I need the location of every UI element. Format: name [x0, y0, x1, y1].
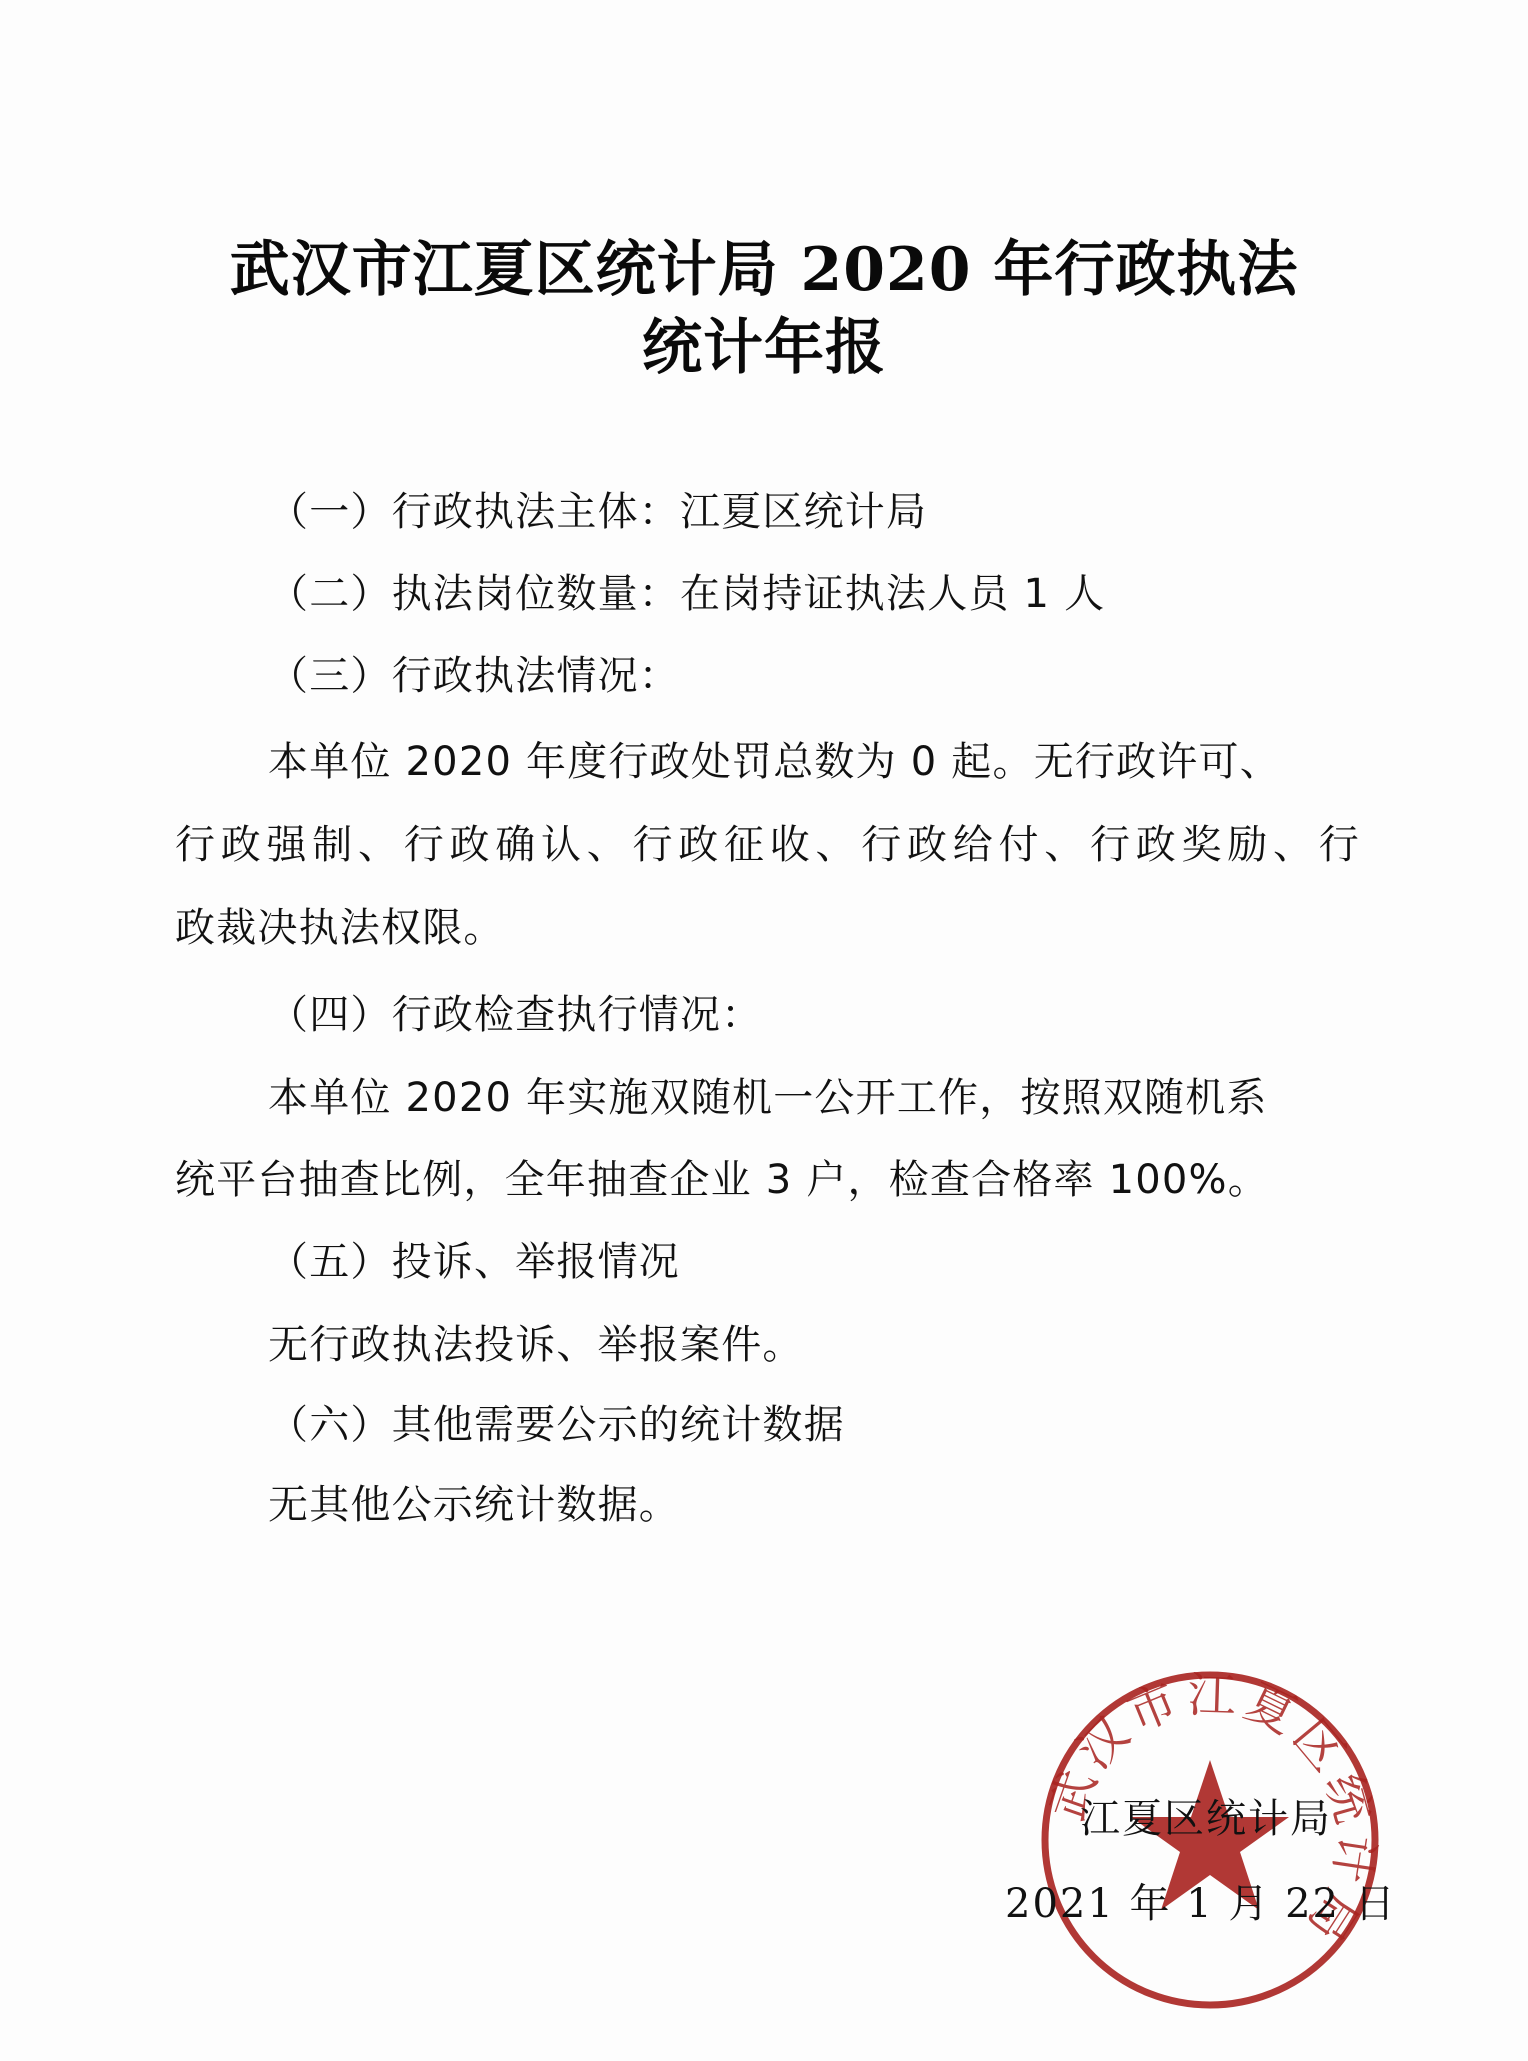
section-3-heading: （三）行政执法情况： — [268, 652, 680, 700]
signature-date: 2021 年 1 月 22 日 — [1005, 1880, 1397, 1928]
signature-organization: 江夏区统计局 — [1080, 1795, 1332, 1843]
section-3-paragraph-line3: 政裁决执法权限。 — [175, 904, 505, 952]
section-4-paragraph-line2: 统平台抽查比例，全年抽查企业 3 户，检查合格率 100%。 — [175, 1156, 1269, 1204]
section-6-heading: （六）其他需要公示的统计数据 — [268, 1401, 845, 1449]
section-4-heading: （四）行政检查执行情况： — [268, 991, 762, 1039]
section-3-paragraph-line2: 行政强制、行政确认、行政征收、行政给付、行政奖励、行 — [175, 821, 1360, 869]
section-3-paragraph-line1: 本单位 2020 年度行政处罚总数为 0 起。无行政许可、 — [268, 738, 1281, 786]
document-page: 武汉市江夏区统计局 2020 年行政执法 统计年报 （一）行政执法主体：江夏区统… — [0, 0, 1528, 2061]
section-5-heading: （五）投诉、举报情况 — [268, 1238, 680, 1286]
document-title-line2: 统计年报 — [0, 300, 1528, 386]
section-2-heading: （二）执法岗位数量：在岗持证执法人员 1 人 — [268, 570, 1105, 618]
document-title-line1: 武汉市江夏区统计局 2020 年行政执法 — [0, 222, 1528, 308]
section-1-heading: （一）行政执法主体：江夏区统计局 — [268, 488, 927, 536]
section-4-paragraph-line1: 本单位 2020 年实施双随机一公开工作，按照双随机系 — [268, 1074, 1268, 1122]
section-6-paragraph: 无其他公示统计数据。 — [268, 1481, 680, 1529]
section-5-paragraph: 无行政执法投诉、举报案件。 — [268, 1321, 804, 1369]
